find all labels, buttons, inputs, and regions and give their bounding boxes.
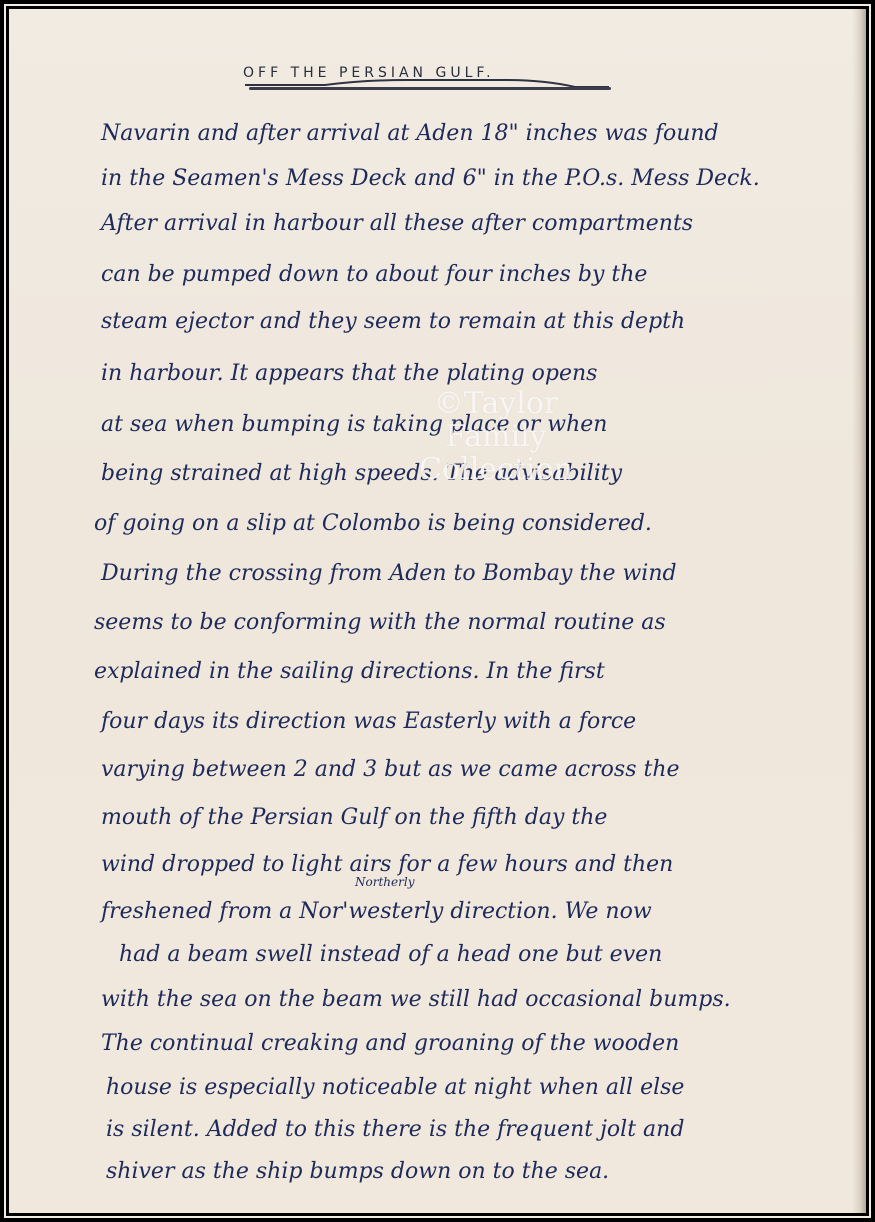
title-underline [249, 87, 611, 90]
text-line: four days its direction was Easterly wit… [101, 709, 636, 734]
text-line: explained in the sailing directions. In … [94, 659, 605, 684]
text-line: After arrival in harbour all these after… [101, 211, 693, 236]
text-line: wind dropped to light airs for a few hou… [101, 852, 673, 877]
text-line: seems to be conforming with the normal r… [94, 610, 666, 635]
text-line-with-correction: freshened from a Nor'westerly direction.… [101, 899, 652, 924]
text-line: house is especially noticeable at night … [106, 1075, 684, 1100]
text-line: in harbour. It appears that the plating … [101, 361, 597, 386]
text-line: of going on a slip at Colombo is being c… [94, 511, 652, 536]
page-edge-shadow [852, 9, 866, 1213]
text-line: mouth of the Persian Gulf on the fifth d… [101, 805, 607, 830]
text-line: varying between 2 and 3 but as we came a… [101, 757, 680, 782]
watermark-line: Family [381, 420, 611, 453]
text-line: The continual creaking and groaning of t… [101, 1031, 679, 1056]
copyright-watermark: ©Taylor Family Collection [381, 387, 611, 486]
paragraph-start-line: During the crossing from Aden to Bombay … [101, 561, 677, 586]
text-line: shiver as the ship bumps down on to the … [106, 1159, 609, 1184]
text-line: in the Seamen's Mess Deck and 6" in the … [101, 166, 760, 191]
insertion-text: Northerly [355, 875, 414, 889]
watermark-line: ©Taylor [381, 387, 611, 420]
text-line: is silent. Added to this there is the fr… [106, 1117, 684, 1142]
text-line: had a beam swell instead of a head one b… [119, 942, 662, 967]
text-line: can be pumped down to about four inches … [101, 262, 647, 287]
text-line: Navarin and after arrival at Aden 18" in… [101, 121, 719, 146]
watermark-line: Collection [381, 453, 611, 486]
text-line: with the sea on the beam we still had oc… [101, 987, 731, 1012]
manuscript-page: OFF THE PERSIAN GULF. Navarin and after … [9, 9, 866, 1213]
text-line: steam ejector and they seem to remain at… [101, 309, 685, 334]
